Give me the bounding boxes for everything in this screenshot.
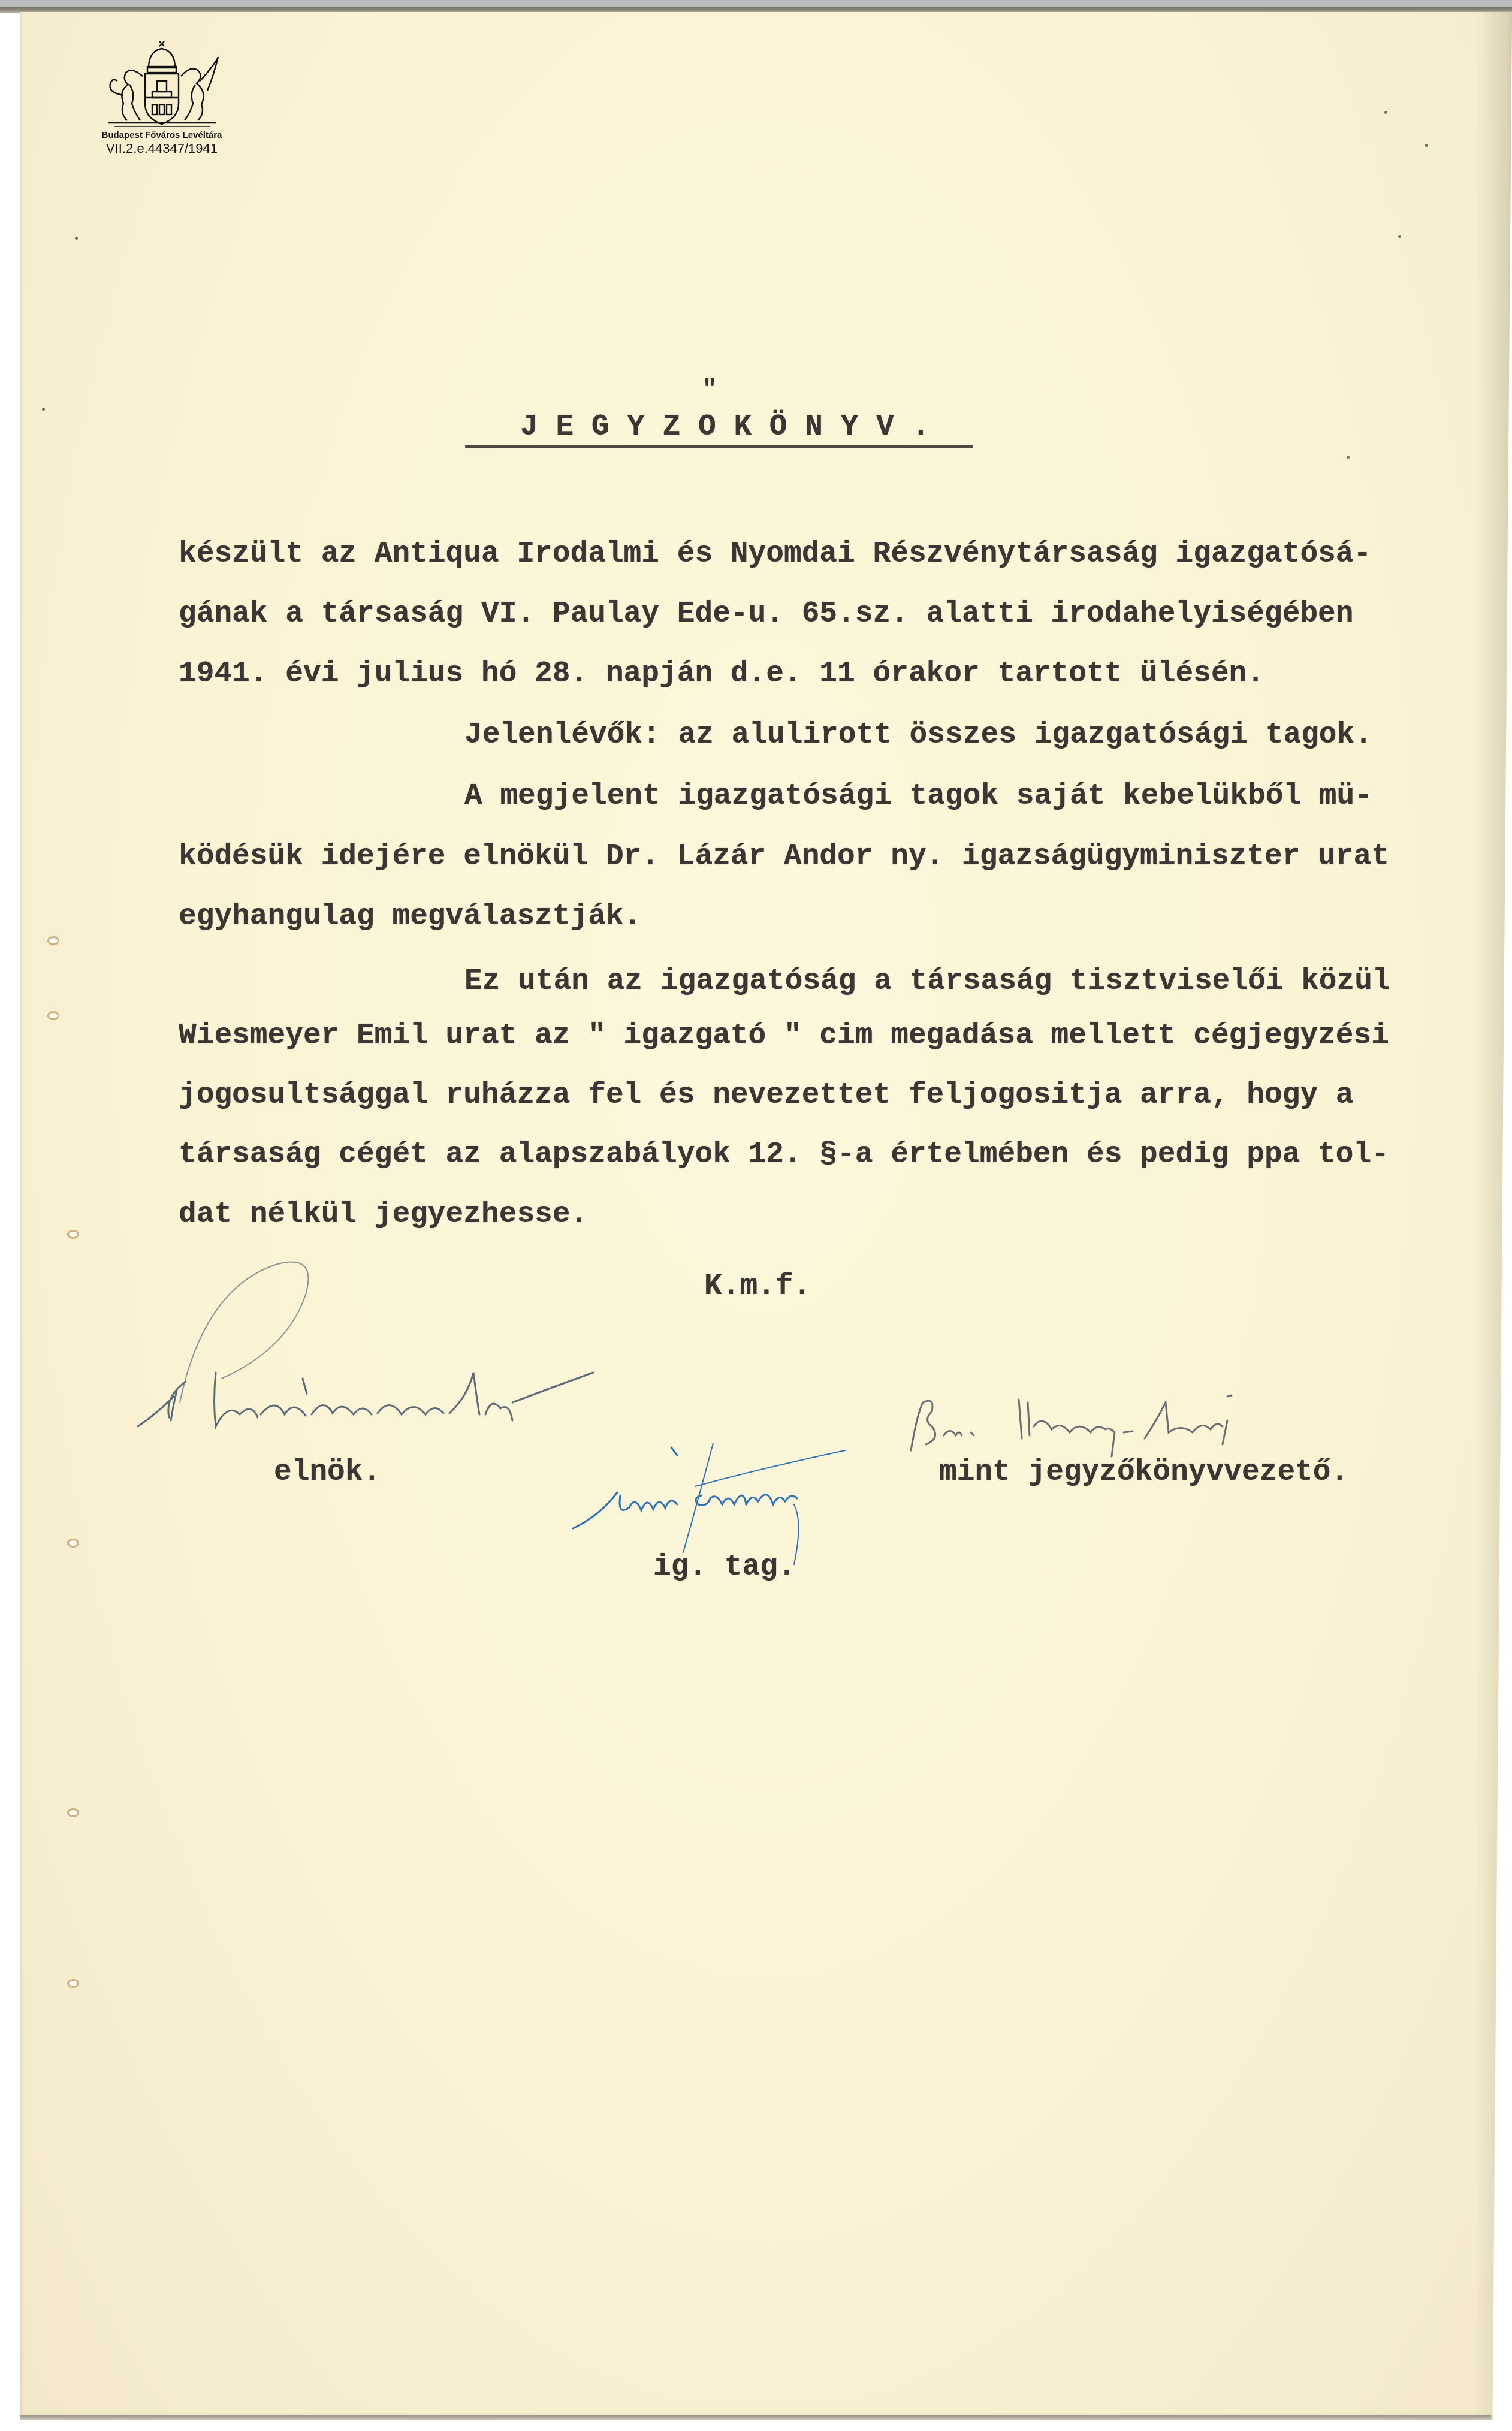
paper-top-edge [0,7,1512,13]
paper-speck [1384,111,1387,114]
binder-hole [69,1810,77,1815]
paper-right-edge-wear [1476,12,1512,2420]
paper-bottom-edge [20,2415,1491,2420]
binder-hole [69,1232,77,1237]
chair-signature [132,1253,599,1432]
archive-institution: Budapest Főváros Levéltára [84,130,240,140]
body-line: társaság cégét az alapszabályok 12. §-a … [179,1140,1389,1170]
body-line: jogosultsággal ruházza fel és nevezettet… [179,1081,1354,1111]
body-line: ködésük idejére elnökül Dr. Lázár Andor … [179,842,1389,872]
title-quote-mark: " [702,379,717,403]
recorder-role-label: mint jegyzőkönyvvezető. [939,1458,1348,1488]
binder-hole [69,1540,77,1546]
body-line: 1941. évi julius hó 28. napján d.e. 11 ó… [179,659,1264,689]
binder-hole [49,938,58,943]
title-underline [465,445,973,448]
paper-speck [75,237,78,240]
archive-stamp: Budapest Főváros Levéltára VII.2.e.44347… [84,33,240,156]
paper-speck [1425,144,1428,147]
body-line: A megjelent igazgatósági tagok saját keb… [464,782,1372,812]
archive-reference: VII.2.e.44347/1941 [84,141,240,156]
body-line: dat nélkül jegyezhesse. [179,1200,588,1230]
binder-hole [49,1013,58,1018]
paper-speck [1398,235,1401,238]
document-title: J E G Y Z O K Ö N Y V . [520,412,929,442]
recorder-signature [899,1379,1414,1462]
body-line: Jelenlévők: az alulirott összes igazgató… [464,720,1372,750]
binder-hole [69,1981,77,1986]
body-line: gának a társaság VI. Paulay Ede-u. 65.sz… [179,599,1354,629]
body-line: Ez után az igazgatóság a társaság tisztv… [464,967,1390,997]
paper-speck [42,408,45,411]
budapest-coat-of-arms-icon [90,33,234,129]
body-line: egyhangulag megválasztják. [179,902,641,932]
board-member-role-label: ig. tag. [653,1552,796,1582]
body-line: készült az Antiqua Irodalmi és Nyomdai R… [179,539,1371,569]
paper-speck [1347,456,1350,459]
closing-kmf: K.m.f. [704,1272,811,1302]
chair-role-label: elnök. [274,1458,381,1488]
body-line: Wiesmeyer Emil urat az " igazgató " cim … [179,1021,1389,1051]
